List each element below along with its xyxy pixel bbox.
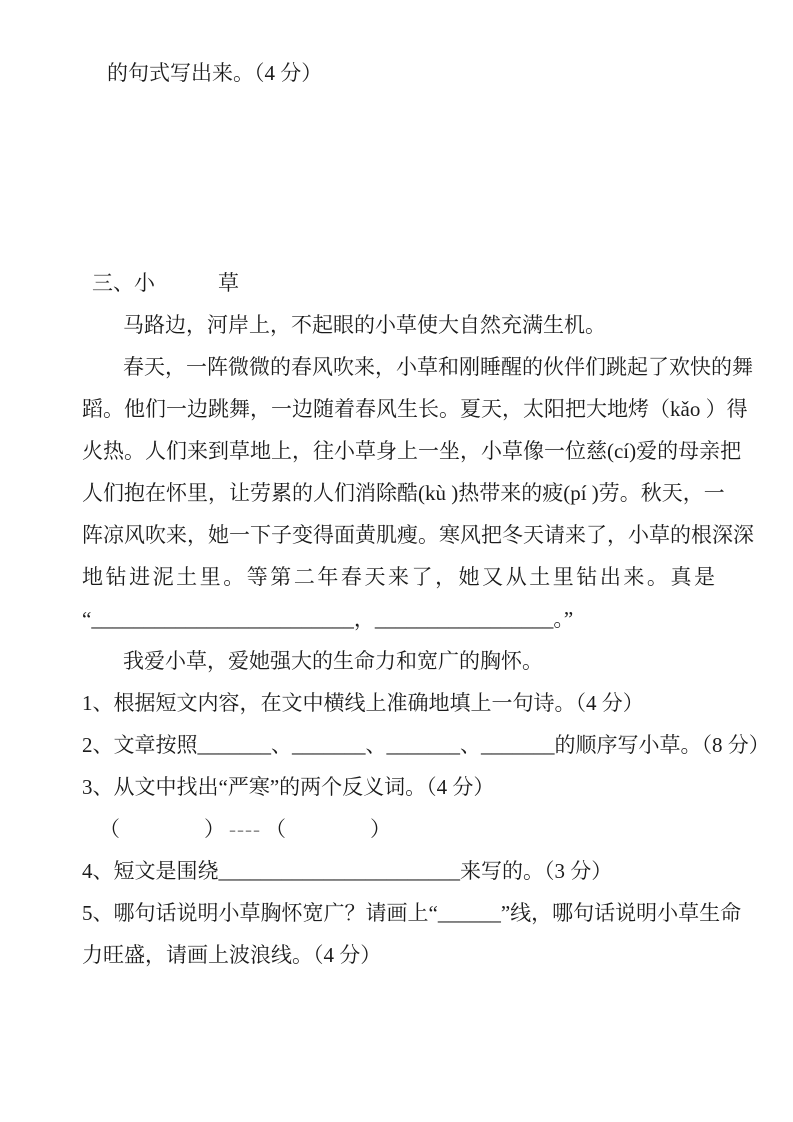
passage-line: 我爱小草，爱她强大的生命力和宽广的胸怀。 <box>82 640 715 682</box>
passage-line: 人们抱在怀里，让劳累的人们消除酷(kù )热带来的疲(pí )劳。秋天，一 <box>82 472 715 514</box>
answer-paren-left: （ ） <box>99 817 225 841</box>
passage-line: 春天，一阵微微的春风吹来，小草和刚睡醒的伙伴们跳起了欢快的舞 <box>82 346 715 388</box>
passage-line: 地钻进泥土里。等第二年春天来了，她又从土里钻出来。真是 <box>82 556 715 598</box>
question-1: 1、根据短文内容，在文中横线上准确地填上一句诗。（4 分） <box>82 682 715 724</box>
worksheet-page: 的句式写出来。（4 分） 三、小 草 马路边，河岸上，不起眼的小草使大自然充满生… <box>0 0 793 1122</box>
passage-line: 马路边，河岸上，不起眼的小草使大自然充满生机。 <box>82 304 715 346</box>
passage-line: 蹈。他们一边跳舞，一边随着春风生长。夏天，太阳把大地烤（kǎo ）得 <box>82 388 715 430</box>
section-heading: 三、小 草 <box>92 262 715 304</box>
continuation-line: 的句式写出来。（4 分） <box>107 52 715 94</box>
passage-line: 阵凉风吹来，她一下子变得面黄肌瘦。寒风把冬天请来了，小草的根深深 <box>82 514 715 556</box>
question-5-line1: 5、哪句话说明小草胸怀宽广？请画上“______”线，哪句话说明小草生命 <box>82 892 715 934</box>
question-5-line2: 力旺盛，请画上波浪线。（4 分） <box>82 934 715 976</box>
question-3-answer-line: （ ）----（ ） <box>99 808 715 850</box>
question-3: 3、从文中找出“严寒”的两个反义词。（4 分） <box>82 766 715 808</box>
answer-dashes: ---- <box>229 817 261 841</box>
passage-fill-blank-quote-line: “_________________________，_____________… <box>82 598 715 640</box>
question-2: 2、文章按照_______、_______、_______、_______的顺序… <box>82 724 715 766</box>
answer-paren-right: （ ） <box>265 817 391 841</box>
passage-line: 火热。人们来到草地上，往小草身上一坐，小草像一位慈(cí)爱的母亲把 <box>82 430 715 472</box>
question-4: 4、短文是围绕_______________________来写的。（3 分） <box>82 850 715 892</box>
